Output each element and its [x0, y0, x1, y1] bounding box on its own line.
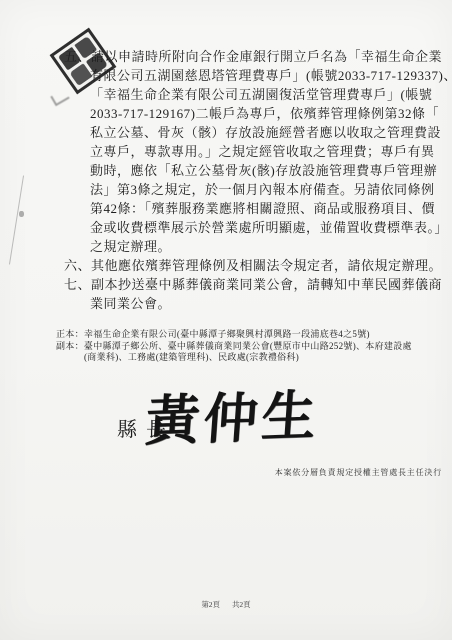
magistrate-signature: 黃仲生: [143, 373, 322, 456]
authorization-note: 本案依分層負責規定授權主管處長主任決行: [275, 467, 442, 478]
body-line: 立專戶，專款專用。」之規定經管收取之管理費；專戶有異: [64, 142, 448, 161]
page-number: 第2頁 共2頁: [0, 599, 452, 610]
body-line: 有限公司五湖園慈恩塔管理費專戶」(帳號2033-717-129337)、: [64, 66, 448, 85]
body-line: 「幸福生命企業有限公司五湖園復活堂管理費專戶」(帳號: [64, 85, 448, 104]
body-line: 七、副本抄送臺中縣葬儀商業同業公會，請轉知中華民國葬儀商: [64, 275, 448, 294]
original-recipient-line: 正本：幸福生命企業有限公司(臺中縣潭子鄉聚興村潭興路一段浦底巷4之5號): [56, 329, 446, 341]
scan-artifact-line: [9, 175, 24, 264]
carbon-copy-line: 副本：臺中縣潭子鄉公所、臺中縣葬儀商業同業公會(豐原市中山路252號)、本府建設…: [56, 341, 446, 353]
body-line: 第42條：「殯葬服務業應將相關證照、商品或服務項目、價: [64, 199, 448, 218]
body-line: 之規定辦理。: [64, 237, 448, 256]
scan-artifact-dot: [19, 211, 24, 217]
copy-recipients: 正本：幸福生命企業有限公司(臺中縣潭子鄉聚興村潭興路一段浦底巷4之5號) 副本：…: [56, 329, 446, 364]
body-line: 六、其他應依殯葬管理條例及相關法令規定者，請依規定辦理。: [64, 256, 448, 275]
body-line: 2033-717-129167)二帳戶為專戶，依殯葬管理條例第32條「: [64, 104, 448, 123]
body-line: 私立公墓、骨灰（骸）存放設施經營者應以收取之管理費設: [64, 123, 448, 142]
scanned-document-page: 五、請以申請時所附向合作金庫銀行開立戶名為「幸福生命企業 有限公司五湖園慈恩塔管…: [0, 0, 452, 640]
body-line: 五、請以申請時所附向合作金庫銀行開立戶名為「幸福生命企業: [64, 47, 448, 66]
body-line: 金或收費標準展示於營業處所明顯處，並備置收費標準表。」: [64, 218, 448, 237]
carbon-copy-line: (商業科)、工務處(建築管理科)、民政處(宗教禮俗科): [56, 352, 446, 364]
page-number-current: 第2頁: [201, 599, 220, 610]
body-line: 法」第3條之規定，於一個月內報本府備查。另請依同條例: [64, 180, 448, 199]
page-number-total: 共2頁: [232, 599, 251, 610]
letter-body: 五、請以申請時所附向合作金庫銀行開立戶名為「幸福生命企業 有限公司五湖園慈恩塔管…: [64, 47, 448, 313]
body-line: 動時，應依「私立公墓骨灰(骸)存放設施管理費專戶管理辦: [64, 161, 448, 180]
body-line: 業同業公會。: [64, 294, 448, 313]
